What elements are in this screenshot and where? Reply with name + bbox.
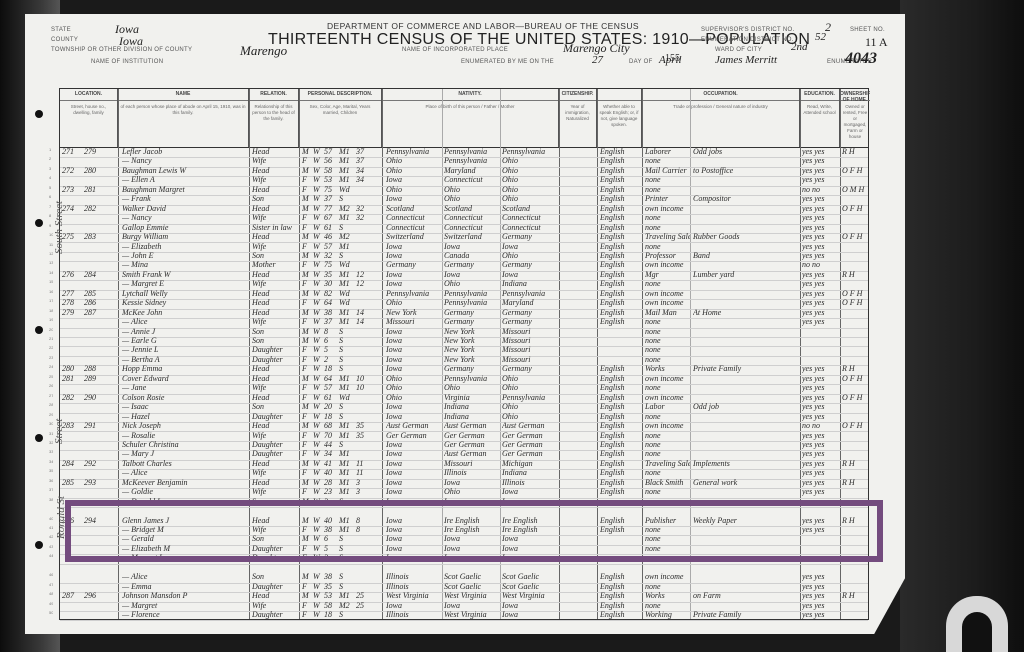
cell-age: 46 [324, 232, 338, 241]
cell-bp: Pennsylvania [386, 289, 442, 298]
col-personal: PERSONAL DESCRIPTION.Sex, Color, Age, Ma… [299, 89, 382, 147]
cell-age: 38 [324, 308, 338, 317]
cell-age: 2 [324, 355, 338, 364]
cell-lang: English [600, 468, 642, 477]
cell-age: 28 [324, 478, 338, 487]
cell-edu: yes yes [802, 412, 838, 421]
cell-name: Baughman Lewis W [122, 166, 247, 175]
cell-age: 82 [324, 289, 338, 298]
cell-occ: Printer [645, 194, 690, 203]
cell-edu: yes yes [802, 223, 838, 232]
cell-name: — Ellen A [122, 175, 247, 184]
cell-ym: 3 [356, 487, 368, 496]
cell-color: W [313, 487, 323, 496]
state-label: STATE [51, 27, 71, 33]
cell-rel: Head [252, 289, 297, 298]
cell-occ: Mail Carrier [645, 166, 690, 175]
cell-ms: M1 [339, 459, 355, 468]
cell-sex: F [302, 487, 312, 496]
cell-mbp: Connecticut [502, 223, 558, 232]
cell-edu: yes yes [802, 582, 838, 591]
cell-lang: English [600, 204, 642, 213]
cell-color: W [313, 582, 323, 591]
cell-lang: English [600, 601, 642, 610]
cell-sex: F [302, 601, 312, 610]
cell-lang: English [600, 298, 642, 307]
cell-ind: Compositor [693, 194, 763, 203]
cell-occ: none [645, 345, 690, 354]
cell-fbp: Iowa [444, 242, 500, 251]
cell-bp: West Virginia [386, 591, 442, 600]
cell-fbp: Pennsylvania [444, 298, 500, 307]
cell-name: — Alice [122, 468, 247, 477]
cell-edu: yes yes [802, 601, 838, 610]
cell-name: Burgy William [122, 232, 247, 241]
cell-age: 35 [324, 270, 338, 279]
cell-fam: 290 [84, 393, 104, 402]
cell-edu: no no [802, 421, 838, 430]
cell-name: — Goldie [122, 487, 247, 496]
cell-edu: yes yes [802, 251, 838, 260]
cell-lang: English [600, 393, 642, 402]
cell-color: W [313, 298, 323, 307]
cell-lang: English [600, 582, 642, 591]
cell-bp: Iowa [386, 242, 442, 251]
cell-ms: Wd [339, 298, 355, 307]
cell-rel: Son [252, 572, 297, 581]
cell-color: W [313, 251, 323, 260]
cell-fam: 283 [84, 232, 104, 241]
row-number: 40 [49, 516, 53, 521]
cell-fbp: Scotland [444, 204, 500, 213]
binder-ring [962, 612, 992, 652]
cell-name: — Elizabeth [122, 242, 247, 251]
cell-ms: M1 [339, 166, 355, 175]
cell-sex: F [302, 355, 312, 364]
cell-name: Nick Joseph [122, 421, 247, 430]
cell-lang: English [600, 449, 642, 458]
cell-ind: on Farm [693, 591, 763, 600]
cell-own: R H [842, 364, 870, 373]
cell-lang: English [600, 242, 642, 251]
row-number: 16 [49, 289, 53, 294]
cell-bp: Iowa [386, 449, 442, 458]
row-number: 44 [49, 553, 53, 558]
cell-edu: yes yes [802, 166, 838, 175]
cell-bp: Ohio [386, 185, 442, 194]
cell-occ: none [645, 223, 690, 232]
cell-edu: yes yes [802, 468, 838, 477]
cell-ms: S [339, 327, 355, 336]
cell-name: Walker David [122, 204, 247, 213]
cell-lang: English [600, 431, 642, 440]
cell-mbp: Ger German [502, 449, 558, 458]
cell-rel: Head [252, 166, 297, 175]
cell-dw: 272 [62, 166, 82, 175]
cell-edu: yes yes [802, 298, 838, 307]
cell-rel: Son [252, 251, 297, 260]
cell-rel: Wife [252, 317, 297, 326]
cell-lang: English [600, 213, 642, 222]
cell-mbp: West Virginia [502, 591, 558, 600]
cell-ms: M1 [339, 374, 355, 383]
cell-occ: Mgr [645, 270, 690, 279]
cell-ms: M1 [339, 175, 355, 184]
cell-sex: F [302, 175, 312, 184]
cell-sex: F [302, 582, 312, 591]
row-number: 1 [49, 147, 51, 152]
cell-ms: S [339, 572, 355, 581]
cell-age: 57 [324, 242, 338, 251]
cell-occ: Laborer [645, 147, 690, 156]
cell-sex: F [302, 440, 312, 449]
cell-occ: own income [645, 260, 690, 269]
cell-lang: English [600, 421, 642, 430]
cell-sex: M [302, 147, 312, 156]
cell-name: — Florence [122, 610, 247, 619]
cell-edu: yes yes [802, 402, 838, 411]
col-education: EDUCATION.Read, Write, Attended school [800, 89, 840, 147]
cell-name: — Mary J [122, 449, 247, 458]
cell-name: Johnson Mansdon P [122, 591, 247, 600]
cell-mbp: Pennsylvania [502, 289, 558, 298]
cell-ind: Private Family [693, 364, 763, 373]
cell-own: O F H [842, 374, 870, 383]
cell-ym: 10 [356, 383, 368, 392]
row-number: 9 [49, 223, 51, 228]
cell-ms: M1 [339, 279, 355, 288]
cell-occ: none [645, 431, 690, 440]
cell-bp: Connecticut [386, 223, 442, 232]
cell-age: 56 [324, 156, 338, 165]
cell-occ: Black Smith [645, 478, 690, 487]
cell-ms: S [339, 194, 355, 203]
cell-age: 40 [324, 468, 338, 477]
cell-fam: 286 [84, 298, 104, 307]
cell-ms: M1 [339, 431, 355, 440]
cell-age: 37 [324, 317, 338, 326]
cell-edu: yes yes [802, 213, 838, 222]
cell-bp: Ger German [386, 431, 442, 440]
row-number: 20 [49, 327, 53, 332]
col-location: LOCATION.Street, house no., dwelling, fa… [60, 89, 118, 147]
cell-bp: Iowa [386, 251, 442, 260]
cell-sex: M [302, 166, 312, 175]
cell-name: — Jane [122, 383, 247, 392]
cell-mbp: Indiana [502, 279, 558, 288]
row-number: 8 [49, 213, 51, 218]
cell-ym: 37 [356, 147, 368, 156]
cell-mbp: Germany [502, 232, 558, 241]
cell-lang: English [600, 279, 642, 288]
cell-lang: English [600, 478, 642, 487]
cell-edu: no no [802, 260, 838, 269]
cell-sex: F [302, 468, 312, 477]
cell-lang: English [600, 487, 642, 496]
cell-rel: Son [252, 194, 297, 203]
row-number: 41 [49, 525, 53, 530]
cell-own: O F H [842, 204, 870, 213]
cell-name: — Bertha A [122, 355, 247, 364]
cell-fam: 293 [84, 478, 104, 487]
cell-ms: S [339, 412, 355, 421]
cell-bp: Iowa [386, 279, 442, 288]
row-number: 22 [49, 345, 53, 350]
cell-sex: M [302, 478, 312, 487]
cell-ms: M2 [339, 204, 355, 213]
margin-note: Street [53, 419, 65, 444]
cell-edu: yes yes [802, 364, 838, 373]
row-number: 5 [49, 185, 51, 190]
cell-mbp: Iowa [502, 601, 558, 610]
cell-name: — Frank [122, 194, 247, 203]
cell-occ: none [645, 582, 690, 591]
cell-rel: Head [252, 459, 297, 468]
cell-color: W [313, 440, 323, 449]
cell-color: W [313, 449, 323, 458]
cell-name: — John E [122, 251, 247, 260]
cell-bp: Iowa [386, 459, 442, 468]
col-nativity: NATIVITY.Place of birth of this person /… [382, 89, 559, 147]
cell-color: W [313, 270, 323, 279]
scan-right-edge [900, 0, 1024, 652]
cell-mbp: Ohio [502, 412, 558, 421]
row-number: 43 [49, 544, 53, 549]
cell-dw: 276 [62, 270, 82, 279]
cell-sex: F [302, 213, 312, 222]
cell-occ: none [645, 213, 690, 222]
cell-mbp: Maryland [502, 298, 558, 307]
cell-fbp: New York [444, 345, 500, 354]
row-number: 23 [49, 355, 53, 360]
cell-fbp: Iowa [444, 270, 500, 279]
cell-bp: Germany [386, 260, 442, 269]
cell-age: 44 [324, 440, 338, 449]
cell-name: Smith Frank W [122, 270, 247, 279]
cell-mbp: Ohio [502, 175, 558, 184]
row-number: 24 [49, 364, 53, 369]
cell-lang: English [600, 374, 642, 383]
cell-fbp: Ger German [444, 431, 500, 440]
cell-lang: English [600, 459, 642, 468]
cell-ind: Odd job [693, 402, 763, 411]
cell-rel: Sister in law [252, 223, 297, 232]
cell-name: — Isaac [122, 402, 247, 411]
cell-rel: Daughter [252, 610, 297, 619]
cell-occ: own income [645, 421, 690, 430]
cell-age: 53 [324, 175, 338, 184]
cell-rel: Wife [252, 601, 297, 610]
cell-sex: F [302, 449, 312, 458]
cell-sex: M [302, 308, 312, 317]
cell-name: — Nancy [122, 213, 247, 222]
cell-color: W [313, 156, 323, 165]
cell-age: 61 [324, 223, 338, 232]
cell-ms: M1 [339, 156, 355, 165]
cell-fbp: Missouri [444, 459, 500, 468]
cell-own: R H [842, 478, 870, 487]
cell-age: 34 [324, 449, 338, 458]
row-number: 13 [49, 260, 53, 265]
cell-lang: English [600, 610, 642, 619]
cell-color: W [313, 223, 323, 232]
cell-rel: Head [252, 308, 297, 317]
cell-bp: Illinois [386, 610, 442, 619]
cell-rel: Head [252, 421, 297, 430]
cell-lang: English [600, 156, 642, 165]
row-number: 19 [49, 317, 53, 322]
cell-occ: none [645, 156, 690, 165]
cell-mbp: Missouri [502, 345, 558, 354]
cell-mbp: Scotland [502, 204, 558, 213]
cell-name: Lytchall Welly [122, 289, 247, 298]
cell-ms: M1 [339, 242, 355, 251]
cell-bp: Iowa [386, 345, 442, 354]
cell-occ: none [645, 175, 690, 184]
cell-fam: 291 [84, 421, 104, 430]
cell-edu: yes yes [802, 270, 838, 279]
cell-mbp: Ohio [502, 251, 558, 260]
cell-age: 38 [324, 572, 338, 581]
township-label: TOWNSHIP OR OTHER DIVISION OF COUNTY [51, 47, 192, 53]
cell-edu: yes yes [802, 591, 838, 600]
cell-color: W [313, 459, 323, 468]
cell-bp: Scotland [386, 204, 442, 213]
cell-color: W [313, 364, 323, 373]
cell-age: 58 [324, 601, 338, 610]
cell-age: 67 [324, 213, 338, 222]
cell-occ: Works [645, 364, 690, 373]
cell-name: Cover Edward [122, 374, 247, 383]
row-number: 48 [49, 591, 53, 596]
sheet-value: 11 A [865, 35, 888, 50]
cell-lang: English [600, 251, 642, 260]
cell-fbp: West Virginia [444, 591, 500, 600]
cell-bp: Missouri [386, 317, 442, 326]
cell-occ: own income [645, 393, 690, 402]
cell-fam: 296 [84, 591, 104, 600]
cell-ym: 32 [356, 204, 368, 213]
cell-ms: M1 [339, 449, 355, 458]
cell-sex: F [302, 364, 312, 373]
row-number: 21 [49, 336, 53, 341]
cell-sex: F [302, 393, 312, 402]
cell-ym: 25 [356, 591, 368, 600]
cell-ms: S [339, 345, 355, 354]
cell-ms: M1 [339, 383, 355, 392]
cell-edu: yes yes [802, 175, 838, 184]
cell-edu: no no [802, 185, 838, 194]
cell-color: W [313, 468, 323, 477]
cell-bp: Iowa [386, 601, 442, 610]
cell-color: W [313, 374, 323, 383]
cell-ym: 32 [356, 213, 368, 222]
cell-edu: yes yes [802, 194, 838, 203]
folio-number: 4043 [845, 50, 877, 68]
cell-occ: none [645, 317, 690, 326]
cell-fbp: Indiana [444, 402, 500, 411]
cell-rel: Wife [252, 156, 297, 165]
cell-rel: Daughter [252, 355, 297, 364]
cell-mbp: Ger German [502, 440, 558, 449]
cell-name: — Margret E [122, 279, 247, 288]
cell-rel: Son [252, 327, 297, 336]
cell-name: Talbott Charles [122, 459, 247, 468]
cell-ms: S [339, 336, 355, 345]
cell-dw: 284 [62, 459, 82, 468]
cell-bp: Iowa [386, 194, 442, 203]
cell-dw: 280 [62, 364, 82, 373]
row-number: 27 [49, 393, 53, 398]
cell-age: 35 [324, 582, 338, 591]
col-citizenship: CITIZENSHIP.Year of immigration, Natural… [559, 89, 597, 147]
cell-sex: M [302, 270, 312, 279]
cell-ms: M1 [339, 468, 355, 477]
cell-dw: 279 [62, 308, 82, 317]
cell-occ: Traveling Salesman [645, 232, 690, 241]
cell-fam: 282 [84, 204, 104, 213]
row-number: 47 [49, 582, 53, 587]
cell-rel: Daughter [252, 412, 297, 421]
cell-age: 61 [324, 393, 338, 402]
cell-ms: S [339, 251, 355, 260]
cell-ind: Lumber yard [693, 270, 763, 279]
cell-bp: Iowa [386, 440, 442, 449]
cell-color: W [313, 383, 323, 392]
cell-bp: New York [386, 308, 442, 317]
cell-edu: yes yes [802, 232, 838, 241]
cell-ind: Rubber Goods [693, 232, 763, 241]
row-number: 2 [49, 156, 51, 161]
cell-rel: Head [252, 185, 297, 194]
cell-age: 5 [324, 345, 338, 354]
cell-ym: 14 [356, 308, 368, 317]
cell-ms: M1 [339, 147, 355, 156]
cell-mbp: Ohio [502, 194, 558, 203]
cell-sex: M [302, 194, 312, 203]
cell-bp: Iowa [386, 327, 442, 336]
cell-mbp: Illinois [502, 478, 558, 487]
cell-bp: Illinois [386, 572, 442, 581]
cell-lang: English [600, 402, 642, 411]
cell-ms: M1 [339, 487, 355, 496]
cell-rel: Wife [252, 279, 297, 288]
cell-age: 30 [324, 279, 338, 288]
cell-lang: English [600, 572, 642, 581]
margin-note: South Street [53, 201, 65, 254]
cell-bp: Switzerland [386, 232, 442, 241]
cell-ym: 25 [356, 601, 368, 610]
cell-ms: M1 [339, 317, 355, 326]
enumeration-value: 52 [815, 31, 826, 43]
row-number: 6 [49, 194, 51, 199]
cell-lang: English [600, 317, 642, 326]
cell-sex: F [302, 185, 312, 194]
cell-rel: Head [252, 147, 297, 156]
cell-fam: 287 [84, 308, 104, 317]
cell-rel: Daughter [252, 449, 297, 458]
cell-bp: Iowa [386, 412, 442, 421]
cell-fbp: Aust German [444, 421, 500, 430]
col-ownership: OWNERSHIP OF HOME.Owned or rented, Free … [840, 89, 870, 147]
row-number: 36 [49, 478, 53, 483]
cell-ms: M1 [339, 270, 355, 279]
col-occupation: OCCUPATION.Trade or profession / General… [642, 89, 800, 147]
cell-ind: to Postoffice [693, 166, 763, 175]
cell-color: W [313, 260, 323, 269]
cell-ym: 34 [356, 166, 368, 175]
cell-occ: none [645, 242, 690, 251]
